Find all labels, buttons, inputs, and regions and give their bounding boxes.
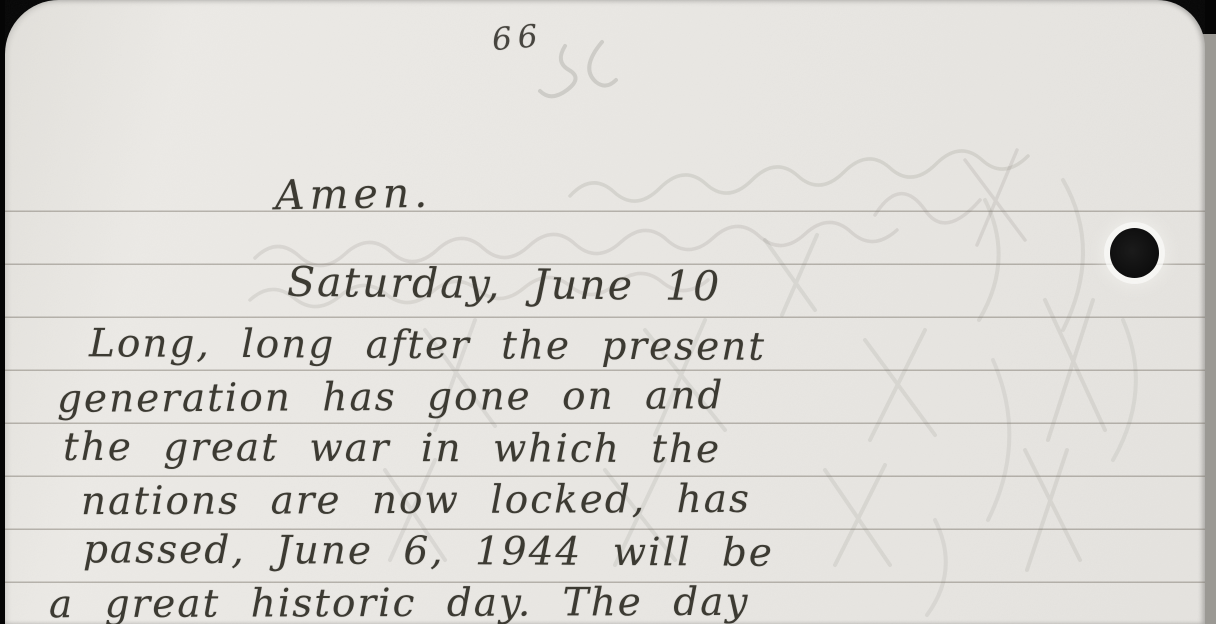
entry-date-heading: Saturday, June 10 [287, 258, 722, 311]
scanned-page: 66 Amen. Saturday, June 10 Long, long af… [0, 0, 1216, 624]
diary-page: 66 Amen. Saturday, June 10 Long, long af… [5, 0, 1205, 624]
page-number: 66 [491, 18, 545, 58]
handwriting-line: Amen. [275, 169, 433, 220]
handwriting-line: generation has gone on and [57, 373, 725, 421]
handwriting-line: a great historic day. The day [49, 580, 750, 624]
handwriting-line: Long, long after the present [89, 321, 766, 370]
hole-punch [1110, 228, 1159, 278]
handwriting-line: passed, June 6, 1944 will be [83, 527, 774, 576]
handwriting-line: nations are now locked, has [81, 477, 751, 524]
handwriting-line: the great war in which the [63, 425, 721, 472]
